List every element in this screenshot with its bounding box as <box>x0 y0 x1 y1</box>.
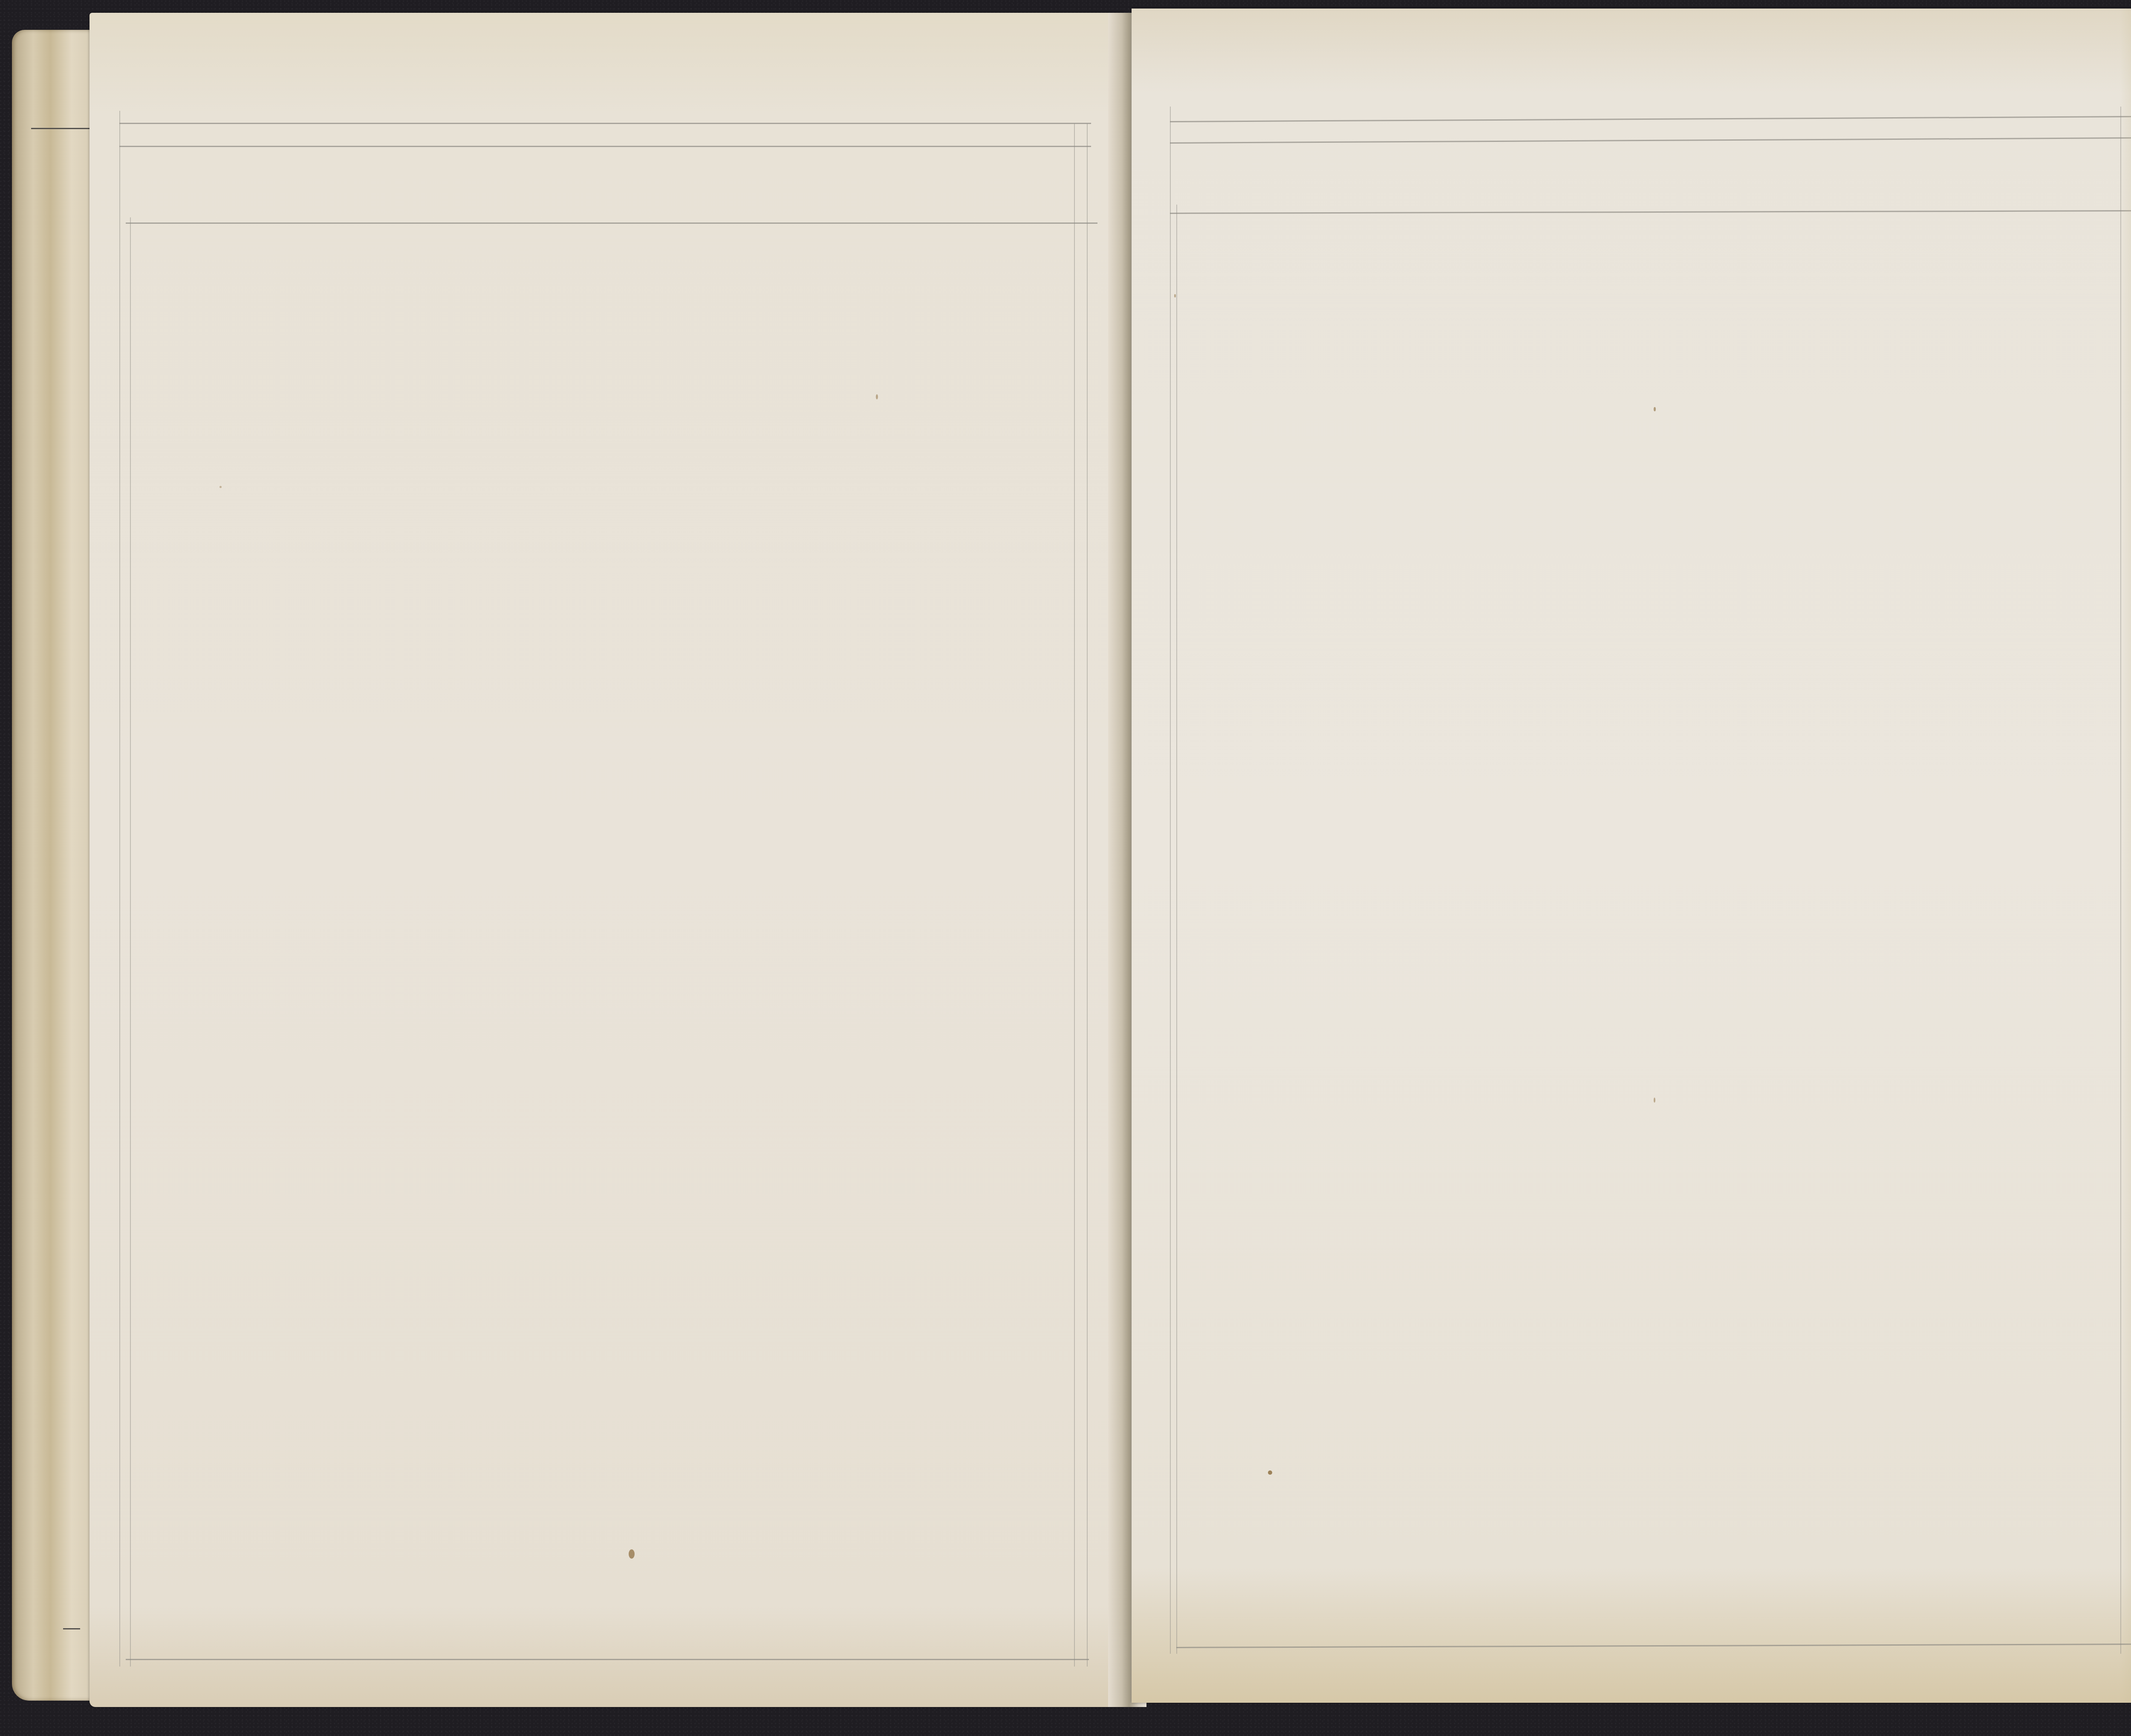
left-page-header-rule <box>119 123 1091 124</box>
stack-pencil-mark <box>31 128 99 129</box>
right-page-margin-rule <box>2120 107 2121 1654</box>
foxing-spot <box>1654 407 1656 411</box>
foxing-spot <box>876 394 878 399</box>
page-block-edge <box>12 30 97 1701</box>
right-page-bottom-rule <box>1176 1644 2131 1648</box>
foxing-spot <box>219 486 222 488</box>
foxing-spot <box>1174 294 1176 298</box>
stack-pencil-mark <box>63 1628 80 1629</box>
right-page-header-rule <box>1170 137 2131 144</box>
foxing-spot <box>1654 1098 1655 1103</box>
left-page-margin-rule <box>130 217 131 1667</box>
left-page <box>90 13 1123 1707</box>
right-page-margin-rule <box>1176 205 1177 1654</box>
left-page-header-rule <box>126 222 1097 224</box>
left-page-margin-rule <box>1074 124 1075 1667</box>
left-page-header-rule <box>119 146 1091 147</box>
foxing-spot <box>1268 1470 1272 1475</box>
right-page <box>1132 9 2131 1703</box>
right-page-header-rule <box>1170 210 2131 214</box>
left-page-margin-rule <box>1087 124 1088 1667</box>
left-page-bottom-rule <box>126 1659 1089 1660</box>
foxing-spot <box>629 1549 635 1559</box>
right-page-header-rule <box>1170 116 2131 122</box>
left-page-margin-rule <box>119 111 120 1667</box>
right-page-margin-rule <box>1170 107 1171 1654</box>
